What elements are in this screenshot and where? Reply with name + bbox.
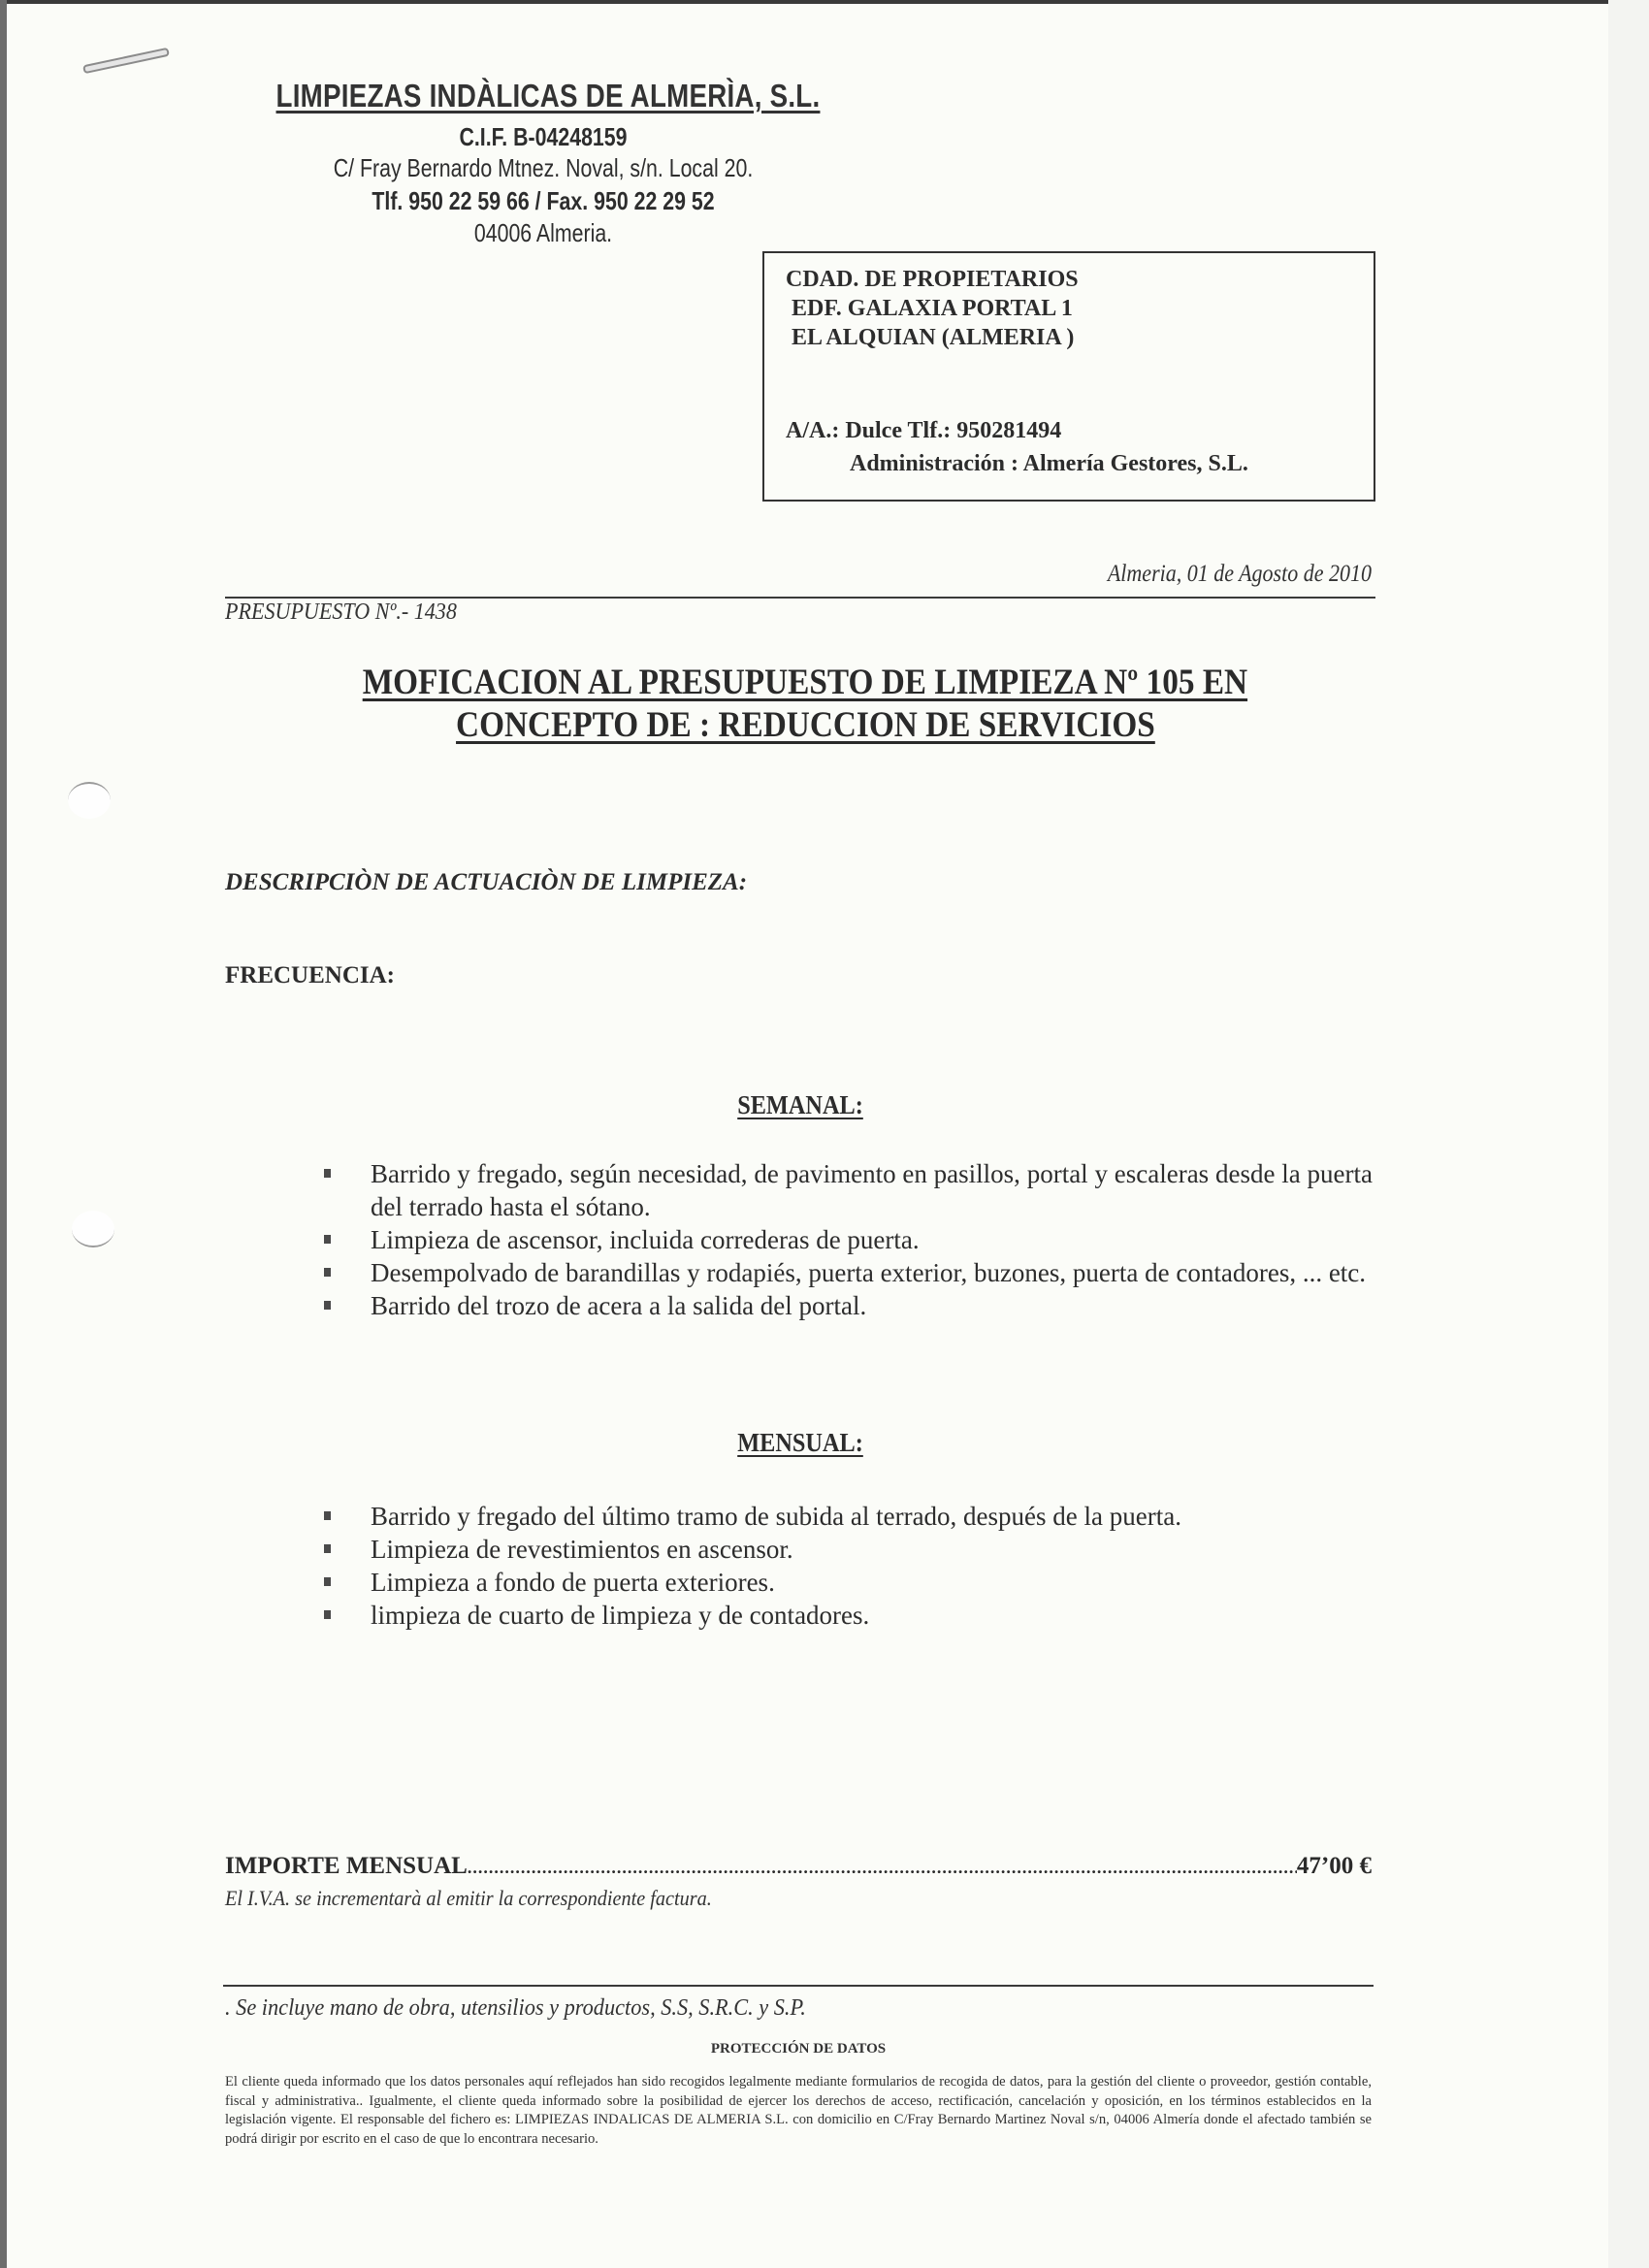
amount-label: IMPORTE MENSUAL — [225, 1853, 468, 1880]
weekly-heading: SEMANAL: — [582, 1090, 1018, 1120]
task-text: Limpieza a fondo de puerta exteriores. — [371, 1568, 775, 1597]
company-address: C/ Fray Bernardo Mtnez. Noval, s/n. Loca… — [289, 153, 798, 183]
weekly-task-list: Barrido y fregado, según necesidad, de p… — [320, 1157, 1373, 1322]
bullet-icon — [324, 1268, 331, 1277]
monthly-heading: MENSUAL: — [582, 1428, 1018, 1458]
title-text-1: MOFICACION AL PRESUPUESTO DE LIMPIEZA Nº… — [363, 662, 1247, 703]
task-text: Limpieza de ascensor, incluida corredera… — [371, 1225, 920, 1254]
bullet-icon — [324, 1169, 331, 1178]
monthly-amount-row: IMPORTE MENSUAL ........................… — [225, 1853, 1372, 1880]
amount-value: 47’00 € — [1297, 1853, 1372, 1880]
task-text: Barrido y fregado del último tramo de su… — [371, 1502, 1181, 1531]
company-cif: C.I.F. B-04248159 — [289, 122, 798, 152]
recipient-line-2: EDF. GALAXIA PORTAL 1 — [792, 296, 1073, 322]
list-item: limpieza de cuarto de limpieza y de cont… — [320, 1599, 1373, 1632]
scan-edge-right — [1608, 0, 1649, 2268]
company-name: LIMPIEZAS INDÀLICAS DE ALMERÌA, S.L. — [275, 78, 822, 114]
bullet-icon — [324, 1235, 331, 1244]
recipient-administration: Administración : Almería Gestores, S.L. — [850, 451, 1248, 477]
bullet-icon — [324, 1301, 331, 1310]
bullet-icon — [324, 1544, 331, 1553]
scan-edge-top — [0, 0, 1649, 4]
weekly-heading-text: SEMANAL: — [737, 1090, 863, 1120]
amount-leader-dots: ........................................… — [468, 1858, 1297, 1878]
task-text: limpieza de cuarto de limpieza y de cont… — [371, 1601, 869, 1630]
list-item: Barrido y fregado, según necesidad, de p… — [320, 1157, 1373, 1223]
list-item: Desempolvado de barandillas y rodapiés, … — [320, 1256, 1373, 1289]
description-label: DESCRIPCIÒN DE ACTUACIÒN DE LIMPIEZA: — [225, 869, 747, 896]
company-phone-fax: Tlf. 950 22 59 66 / Fax. 950 22 29 52 — [289, 186, 798, 216]
bullet-icon — [324, 1610, 331, 1619]
recipient-line-3: EL ALQUIAN (ALMERIA ) — [792, 325, 1074, 351]
frequency-label: FRECUENCIA: — [225, 962, 395, 989]
list-item: Limpieza de ascensor, incluida corredera… — [320, 1223, 1373, 1256]
scan-edge-left — [0, 0, 7, 2268]
monthly-task-list: Barrido y fregado del último tramo de su… — [320, 1500, 1373, 1632]
data-protection-text: El cliente queda informado que los datos… — [225, 2073, 1372, 2149]
task-text: Desempolvado de barandillas y rodapiés, … — [371, 1258, 1366, 1287]
bullet-icon — [324, 1511, 331, 1520]
list-item: Barrido del trozo de acera a la salida d… — [320, 1289, 1373, 1322]
list-item: Barrido y fregado del último tramo de su… — [320, 1500, 1373, 1533]
task-text: Barrido y fregado, según necesidad, de p… — [371, 1159, 1373, 1221]
company-city: 04006 Almeria. — [289, 218, 798, 248]
recipient-line-1: CDAD. DE PROPIETARIOS — [786, 267, 1079, 293]
punch-hole-icon — [68, 782, 111, 819]
task-text: Barrido del trozo de acera a la salida d… — [371, 1291, 866, 1320]
vat-note: El I.V.A. se incrementarà al emitir la c… — [225, 1886, 712, 1911]
document-date: Almeria, 01 de Agosto de 2010 — [933, 561, 1372, 588]
monthly-heading-text: MENSUAL: — [737, 1428, 863, 1458]
document-title-line-1: MOFICACION AL PRESUPUESTO DE LIMPIEZA Nº… — [242, 662, 1368, 703]
budget-number: PRESUPUESTO Nº.- 1438 — [225, 599, 457, 626]
recipient-box: CDAD. DE PROPIETARIOS EDF. GALAXIA PORTA… — [762, 251, 1375, 502]
bullet-icon — [324, 1577, 331, 1586]
title-text-2: CONCEPTO DE : REDUCCION DE SERVICIOS — [456, 704, 1155, 746]
list-item: Limpieza a fondo de puerta exteriores. — [320, 1566, 1373, 1599]
includes-note: . Se incluye mano de obra, utensilios y … — [225, 1995, 806, 2022]
punch-hole-icon — [72, 1211, 114, 1247]
document-title-line-2: CONCEPTO DE : REDUCCION DE SERVICIOS — [242, 704, 1368, 746]
staple-icon — [82, 48, 170, 75]
list-item: Limpieza de revestimientos en ascensor. — [320, 1533, 1373, 1566]
data-protection-title: PROTECCIÓN DE DATOS — [225, 2041, 1372, 2057]
task-text: Limpieza de revestimientos en ascensor. — [371, 1535, 793, 1564]
footer-divider — [223, 1985, 1374, 1987]
header-divider — [225, 597, 1375, 599]
recipient-contact: A/A.: Dulce Tlf.: 950281494 — [786, 418, 1061, 444]
